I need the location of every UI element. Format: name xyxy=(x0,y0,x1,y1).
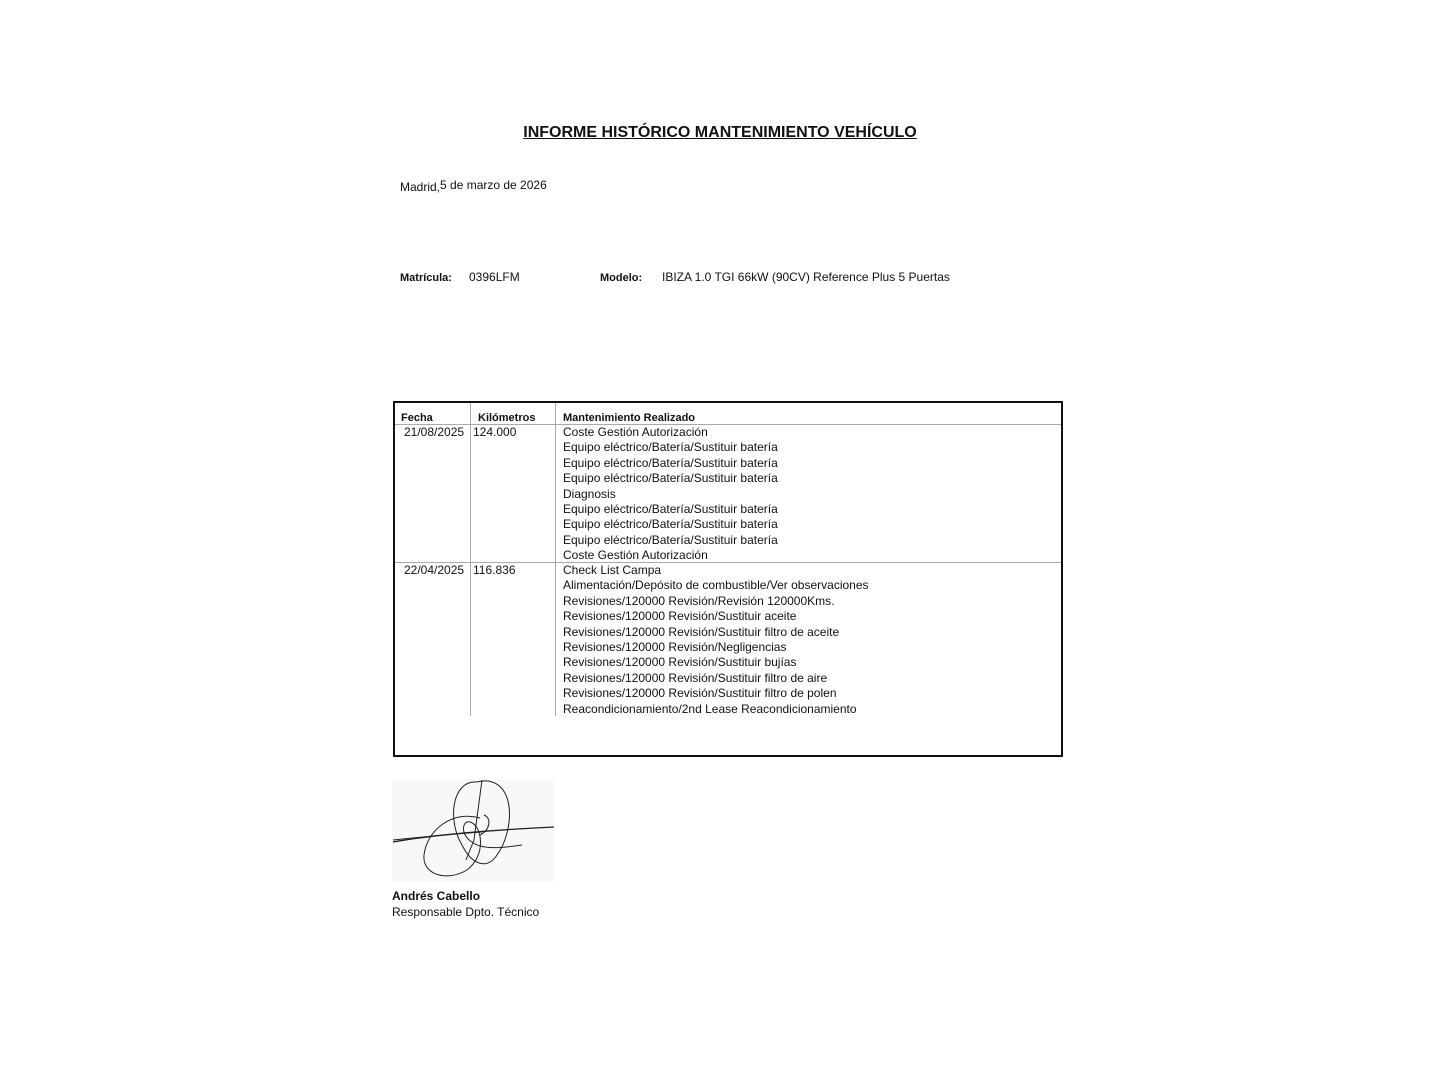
maintenance-item: Equipo eléctrico/Batería/Sustituir bater… xyxy=(563,502,778,517)
column-divider xyxy=(470,403,471,716)
maintenance-item: Revisiones/120000 Revisión/Sustituir fil… xyxy=(563,686,869,701)
maintenance-item: Reacondicionamiento/2nd Lease Reacondici… xyxy=(563,702,869,717)
signer-name: Andrés Cabello xyxy=(392,889,480,903)
header-km: Kilómetros xyxy=(478,412,535,424)
column-divider xyxy=(555,403,556,716)
report-date: 5 de marzo de 2026 xyxy=(440,178,547,192)
row2-km: 116.836 xyxy=(473,563,516,578)
maintenance-item: Coste Gestión Autorización xyxy=(563,548,778,563)
signer-role: Responsable Dpto. Técnico xyxy=(392,905,539,919)
date-line: Madrid,5 de marzo de 2026 xyxy=(400,178,547,192)
maintenance-item: Equipo eléctrico/Batería/Sustituir bater… xyxy=(563,517,778,532)
maintenance-item: Check List Campa xyxy=(563,563,869,578)
maintenance-item: Equipo eléctrico/Batería/Sustituir bater… xyxy=(563,471,778,486)
maintenance-item: Revisiones/120000 Revisión/Revisión 1200… xyxy=(563,594,869,609)
maintenance-item: Diagnosis xyxy=(563,487,778,502)
row1-date: 21/08/2025 xyxy=(404,425,464,440)
city: Madrid, xyxy=(400,180,440,194)
maintenance-item: Equipo eléctrico/Batería/Sustituir bater… xyxy=(563,533,778,548)
maintenance-item: Revisiones/120000 Revisión/Negligencias xyxy=(563,640,869,655)
header-maintenance: Mantenimiento Realizado xyxy=(563,412,695,424)
header-date: Fecha xyxy=(401,412,433,424)
model-label: Modelo: xyxy=(600,272,642,284)
maintenance-item: Alimentación/Depósito de combustible/Ver… xyxy=(563,578,869,593)
maintenance-item: Coste Gestión Autorización xyxy=(563,425,778,440)
model-value: IBIZA 1.0 TGI 66kW (90CV) Reference Plus… xyxy=(662,270,950,284)
row2-date: 22/04/2025 xyxy=(404,563,464,578)
maintenance-item: Revisiones/120000 Revisión/Sustituir fil… xyxy=(563,625,869,640)
signature-icon xyxy=(392,780,554,882)
maintenance-item: Revisiones/120000 Revisión/Sustituir buj… xyxy=(563,655,869,670)
plate-value: 0396LFM xyxy=(469,270,520,284)
maintenance-item: Equipo eléctrico/Batería/Sustituir bater… xyxy=(563,456,778,471)
maintenance-item: Revisiones/120000 Revisión/Sustituir fil… xyxy=(563,671,869,686)
row1-items: Coste Gestión Autorización Equipo eléctr… xyxy=(563,425,778,564)
row2-items: Check List Campa Alimentación/Depósito d… xyxy=(563,563,869,717)
row1-km: 124.000 xyxy=(473,425,516,440)
maintenance-item: Revisiones/120000 Revisión/Sustituir ace… xyxy=(563,609,869,624)
plate-label: Matrícula: xyxy=(400,272,452,284)
maintenance-item: Equipo eléctrico/Batería/Sustituir bater… xyxy=(563,440,778,455)
maintenance-table: Fecha Kilómetros Mantenimiento Realizado… xyxy=(393,401,1063,757)
report-title: INFORME HISTÓRICO MANTENIMIENTO VEHÍCULO xyxy=(0,124,1440,142)
